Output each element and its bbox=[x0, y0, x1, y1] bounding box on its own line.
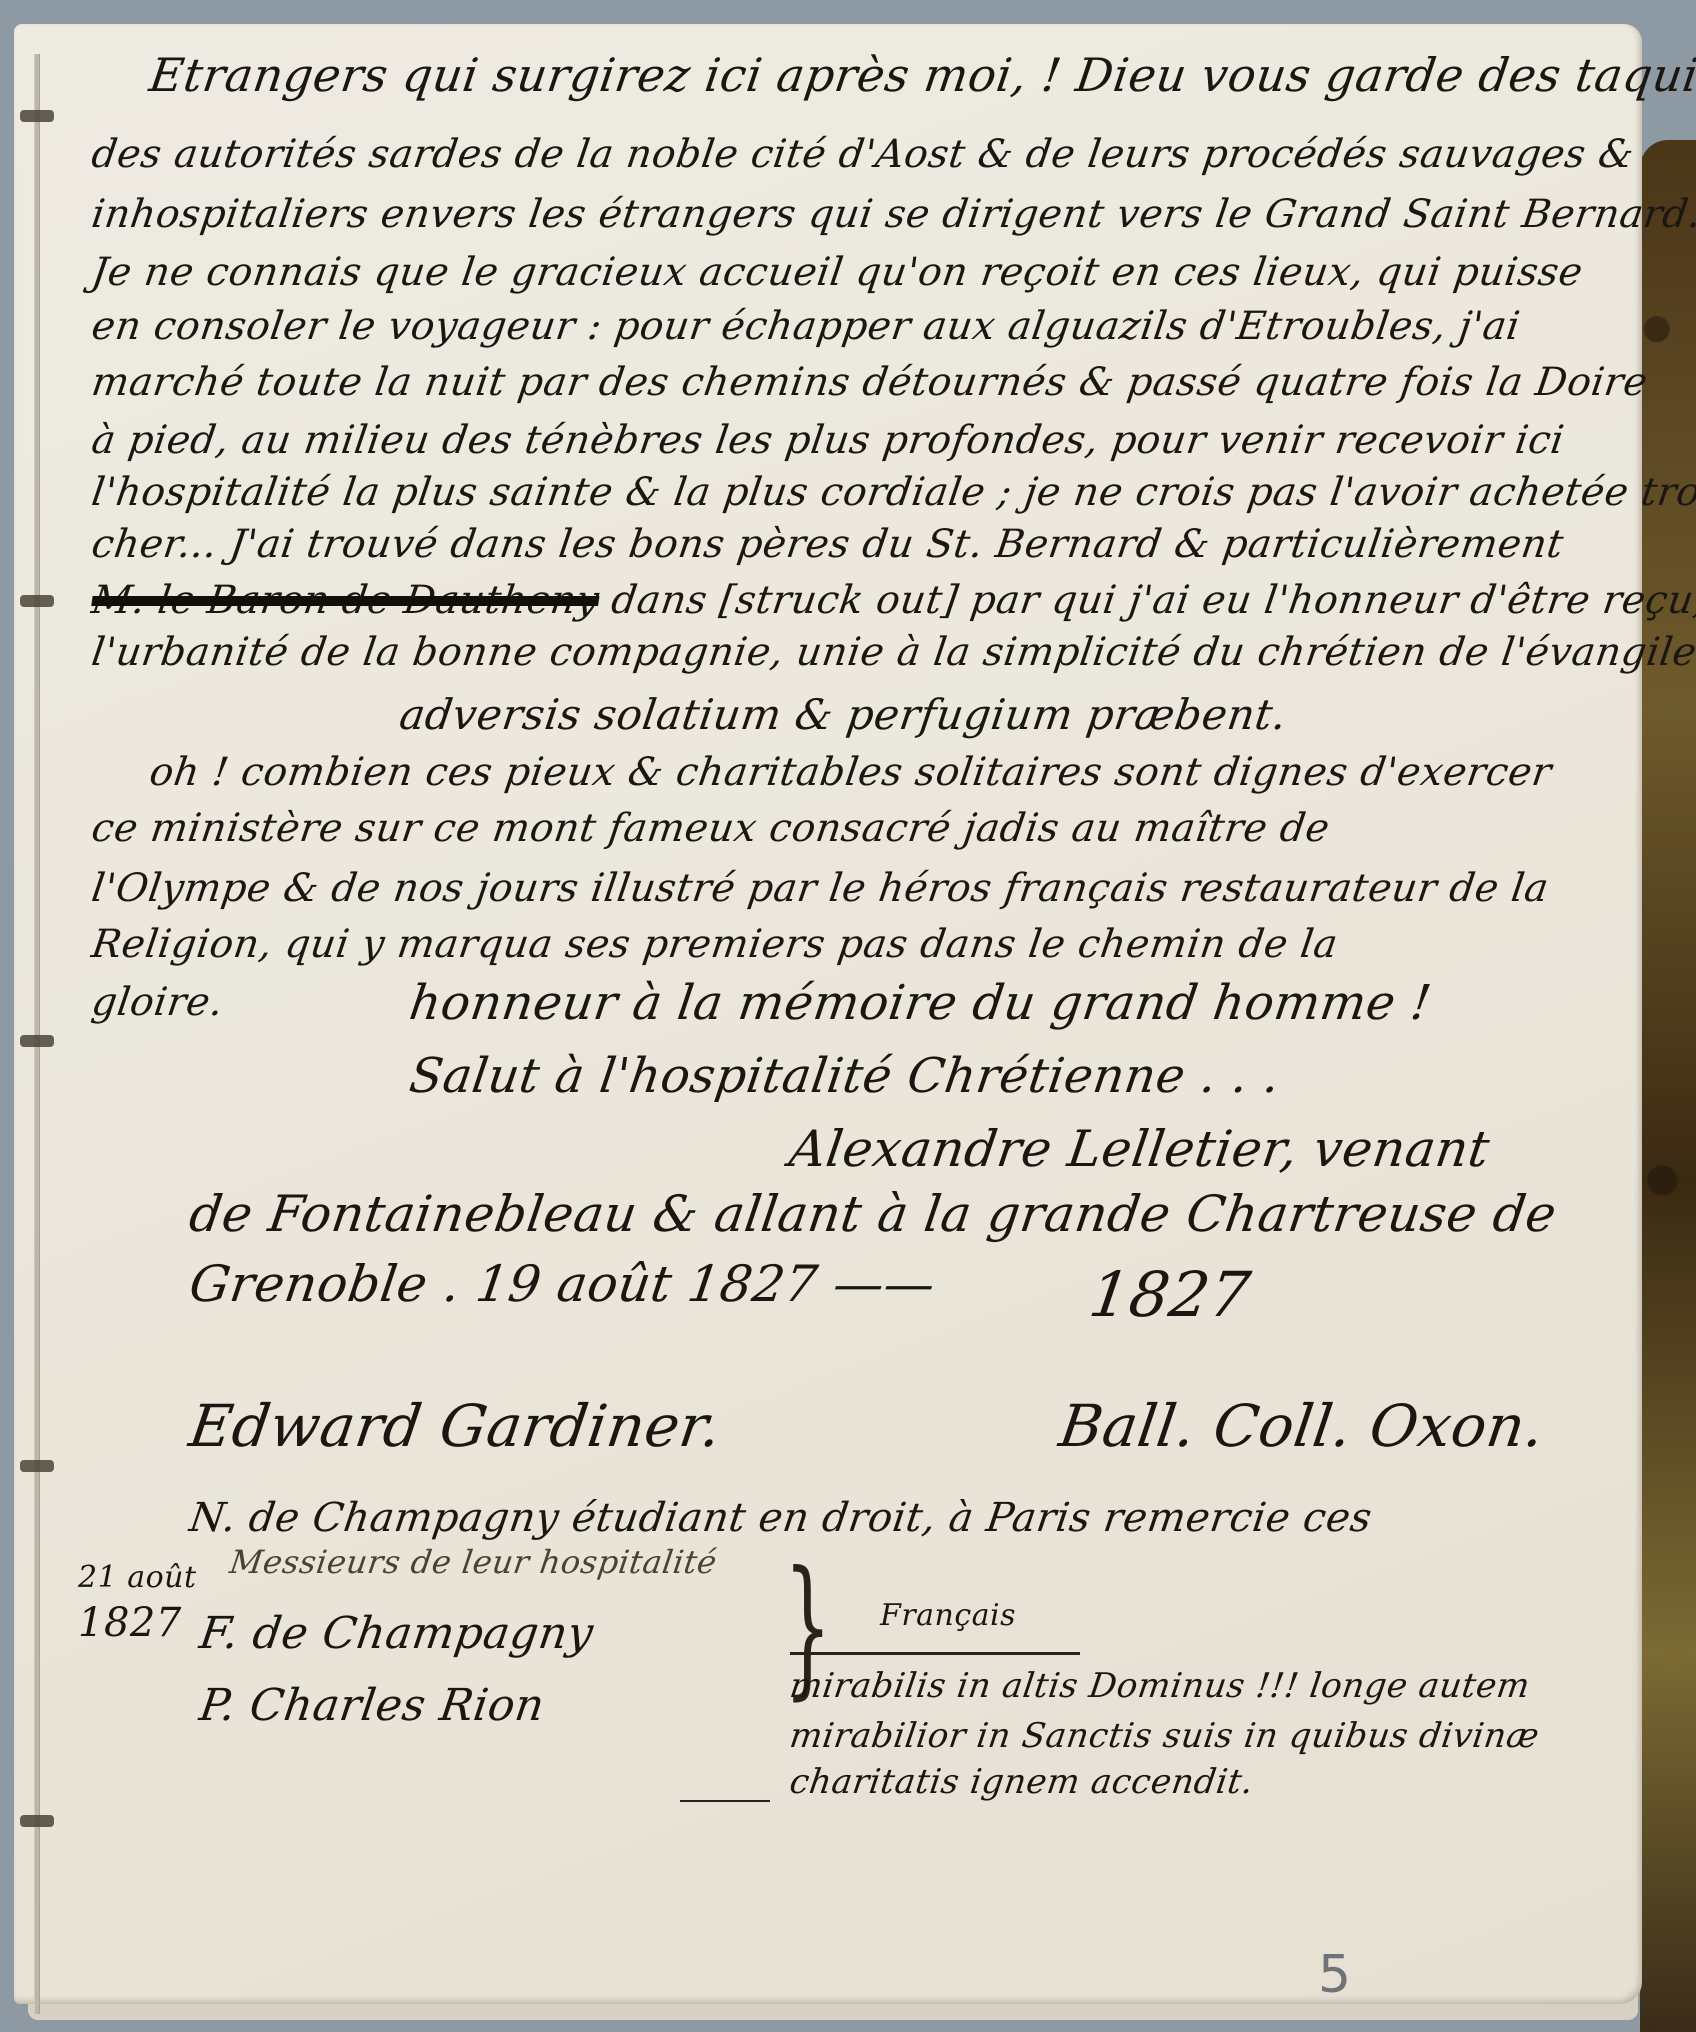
latin-motto: adversis solatium & perfugium præbent. bbox=[397, 690, 1290, 739]
latin-quote-line: charitatis ignem accendit. bbox=[787, 1762, 1256, 1802]
text-line: Etrangers qui surgirez ici après moi, ! … bbox=[146, 48, 1696, 102]
signature-date: Grenoble . 19 août 1827 —— bbox=[186, 1255, 939, 1313]
signature: P. Charles Rion bbox=[196, 1680, 547, 1731]
text-line: à pied, au milieu des ténèbres les plus … bbox=[89, 418, 1567, 463]
signature-line: de Fontainebleau & allant à la grande Ch… bbox=[186, 1185, 1560, 1243]
signature-venant: venant bbox=[1310, 1120, 1493, 1178]
page-number: 5 bbox=[1318, 1945, 1351, 2005]
paragraph-line: ce ministère sur ce mont fameux consacré… bbox=[89, 806, 1333, 851]
binding-stitch bbox=[20, 1460, 54, 1472]
text-line: en consoler le voyageur : pour échapper … bbox=[89, 304, 1523, 349]
binding-stitch bbox=[20, 1815, 54, 1827]
text-line: des autorités sardes de la noble cité d'… bbox=[89, 132, 1637, 177]
text-line: l'hospitalité la plus sainte & la plus c… bbox=[89, 470, 1696, 515]
brace-label: Français bbox=[880, 1598, 1016, 1633]
text-line: M. le Baron de Dautheny dans [struck out… bbox=[89, 578, 1696, 623]
year-mark: 1827 bbox=[1085, 1258, 1255, 1331]
text-line: inhospitaliers envers les étrangers qui … bbox=[89, 192, 1696, 237]
text-line: l'urbanité de la bonne compagnie, unie à… bbox=[89, 630, 1696, 675]
text-line: cher... J'ai trouvé dans les bons pères … bbox=[89, 522, 1567, 567]
binding-stitch bbox=[20, 595, 54, 607]
text-line: Je ne connais que le gracieux accueil qu… bbox=[89, 250, 1586, 295]
exclamation-line: honneur à la mémoire du grand homme ! bbox=[406, 975, 1435, 1031]
paragraph-line: l'Olympe & de nos jours illustré par le … bbox=[89, 866, 1552, 911]
latin-quote-line: mirabilior in Sanctis suis in quibus div… bbox=[787, 1716, 1542, 1756]
marbled-book-cover bbox=[1640, 140, 1696, 2032]
latin-quote-line: mirabilis in altis Dominus !!! longe aut… bbox=[787, 1666, 1532, 1706]
binding-gutter bbox=[34, 54, 40, 2014]
paragraph-line: gloire. bbox=[89, 980, 226, 1025]
entry-affiliation: Ball. Coll. Oxon. bbox=[1055, 1392, 1548, 1460]
exclamation-line: Salut à l'hospitalité Chrétienne . . . bbox=[406, 1048, 1284, 1104]
paragraph-line: Religion, qui y marqua ses premiers pas … bbox=[89, 922, 1341, 967]
text-line-rest: dans [struck out] par qui j'ai eu l'honn… bbox=[609, 578, 1696, 623]
struck-out-text: M. le Baron de Dautheny bbox=[89, 578, 602, 623]
margin-date: 21 août bbox=[78, 1560, 197, 1595]
text-line: marché toute la nuit par des chemins dét… bbox=[89, 360, 1651, 405]
signature-name: Alexandre Lelletier, bbox=[786, 1120, 1302, 1178]
divider-line bbox=[790, 1652, 1080, 1655]
signature: Alexandre Lelletier, venant bbox=[786, 1120, 1493, 1178]
margin-year: 1827 bbox=[78, 1600, 182, 1646]
entry-line: Messieurs de leur hospitalité bbox=[227, 1543, 719, 1581]
binding-stitch bbox=[20, 1035, 54, 1047]
divider-line bbox=[680, 1800, 770, 1802]
entry-name: Edward Gardiner. bbox=[185, 1392, 725, 1460]
entry-line: N. de Champagny étudiant en droit, à Par… bbox=[187, 1495, 1375, 1541]
paragraph-line: oh ! combien ces pieux & charitables sol… bbox=[147, 750, 1555, 795]
signature: F. de Champagny bbox=[196, 1608, 596, 1659]
binding-stitch bbox=[20, 110, 54, 122]
